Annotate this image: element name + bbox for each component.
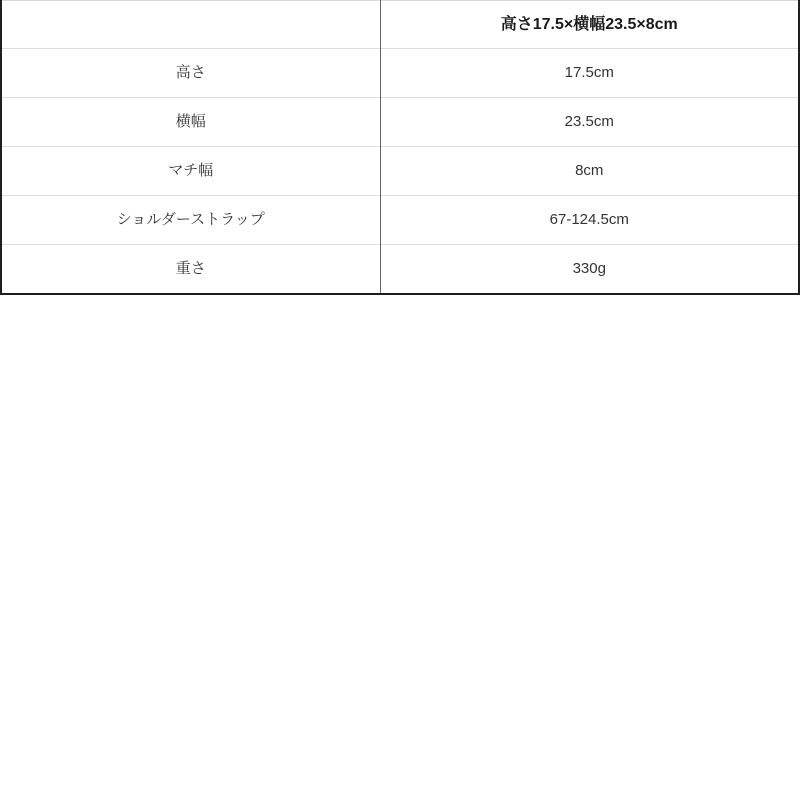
- spec-label: マチ幅: [1, 147, 380, 196]
- spec-header-empty-cell: [1, 1, 380, 49]
- table-row: マチ幅 8cm: [1, 147, 799, 196]
- spec-label: 高さ: [1, 49, 380, 98]
- table-row: 横幅 23.5cm: [1, 98, 799, 147]
- spec-label: ショルダーストラップ: [1, 196, 380, 245]
- spec-table-body: 高さ 17.5cm 横幅 23.5cm マチ幅 8cm ショルダーストラップ 6…: [1, 49, 799, 295]
- spec-value: 67-124.5cm: [380, 196, 799, 245]
- spec-value: 17.5cm: [380, 49, 799, 98]
- spec-value: 8cm: [380, 147, 799, 196]
- spec-header-row: 高さ17.5×横幅23.5×8cm: [1, 1, 799, 49]
- table-row: ショルダーストラップ 67-124.5cm: [1, 196, 799, 245]
- spec-label: 横幅: [1, 98, 380, 147]
- spec-value: 23.5cm: [380, 98, 799, 147]
- spec-label: 重さ: [1, 245, 380, 295]
- table-row: 高さ 17.5cm: [1, 49, 799, 98]
- spec-header-value: 高さ17.5×横幅23.5×8cm: [380, 1, 799, 49]
- table-row: 重さ 330g: [1, 245, 799, 295]
- page: 高さ17.5×横幅23.5×8cm 高さ 17.5cm 横幅 23.5cm マチ…: [0, 0, 800, 800]
- spec-value: 330g: [380, 245, 799, 295]
- spec-table: 高さ17.5×横幅23.5×8cm 高さ 17.5cm 横幅 23.5cm マチ…: [0, 0, 800, 295]
